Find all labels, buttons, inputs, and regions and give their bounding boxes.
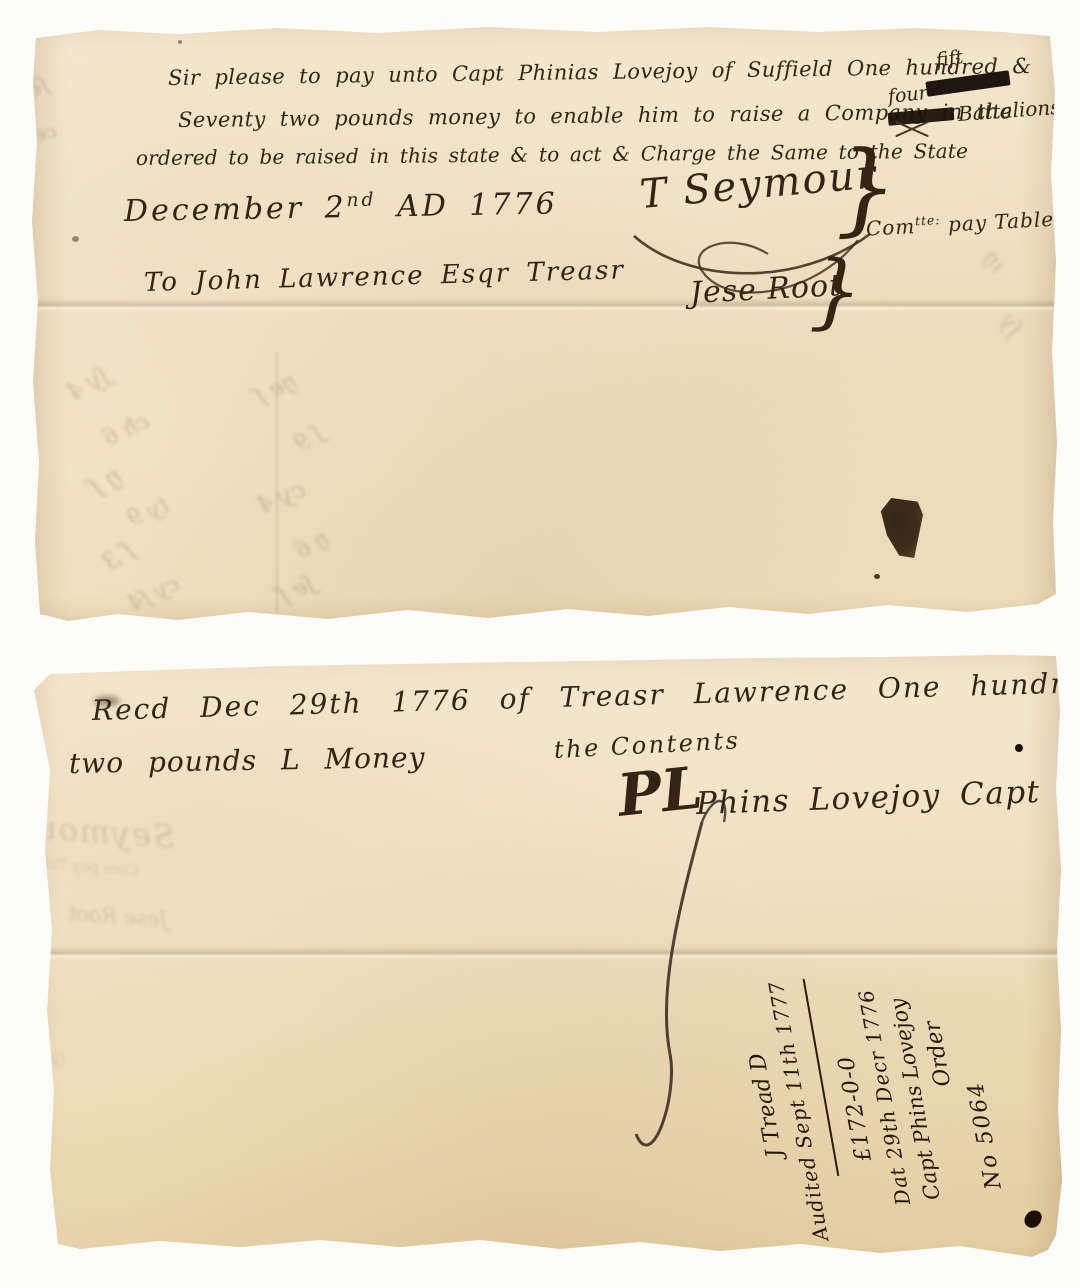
bleedthrough-figure: cy 4 xyxy=(252,475,309,520)
date-text: December 2 xyxy=(124,190,347,229)
bleedthrough-mark: ſen xyxy=(11,73,52,108)
bleedthrough-figure: ʃe ſ xyxy=(274,571,317,609)
bleedthrough-root: Jese Root xyxy=(67,901,169,932)
docket-block: J Tread D Audited Sept 11th 1777 £172-0-… xyxy=(725,916,1015,1253)
committee-superscript: tte: xyxy=(915,212,941,228)
receipt-body-line-1: Recd Dec 29th 1776 of Treasr Lawrence On… xyxy=(92,662,1080,727)
scan-background: ſen ceer ıŋ ſy ʃy 4 cħ 6 ŋ ſ ty 9 ſ 3 cy… xyxy=(0,0,1080,1288)
bleedthrough-seymour: Seymour xyxy=(16,807,177,856)
ink-blob xyxy=(1022,1208,1043,1230)
order-addressee-line: To John Lawrence Esqr Treasr xyxy=(144,255,626,298)
bleedthrough-figure: ſ 3 xyxy=(98,536,140,577)
bleedthrough-figure: ŋ ſ xyxy=(84,460,127,502)
bleedthrough-committee: Com pay Table xyxy=(25,852,139,880)
paper-speck xyxy=(178,40,182,44)
committee-text: Com xyxy=(865,214,916,241)
receipt-body-line-2: ty two pounds L Money xyxy=(16,741,426,781)
date-year: AD 1776 xyxy=(376,186,558,224)
bleedthrough-figure: ŋ 6 xyxy=(291,525,334,564)
bleedthrough-figure: cy ſ4 xyxy=(124,571,183,617)
bleedthrough-mark: ıŋ xyxy=(978,246,1011,278)
bleedthrough-figure: ʃ 9 xyxy=(290,422,326,457)
pay-order-document: ſen ceer ıŋ ſy ʃy 4 cħ 6 ŋ ſ ty 9 ſ 3 cy… xyxy=(28,22,1060,638)
ink-smudge xyxy=(94,696,120,706)
order-struck-word: fift xyxy=(934,46,964,72)
bleedthrough-figure: ty 9 xyxy=(124,493,173,532)
ink-dot xyxy=(874,574,880,579)
ink-dot xyxy=(1015,744,1023,752)
bleedthrough-mark: ſy xyxy=(995,310,1027,340)
receipt-document: Seymour Com pay Table Jese Root ıy Recd … xyxy=(20,650,1064,1288)
bleedthrough-figure: cħ 6 xyxy=(100,409,154,451)
bleedthrough-mark: ıy xyxy=(47,1045,68,1069)
committee-text-rest: pay Table xyxy=(940,207,1055,237)
lovejoy-signature: Phins Lovejoy Capt xyxy=(695,774,1041,822)
date-ordinal: nd xyxy=(346,190,376,212)
ink-blot xyxy=(879,498,923,558)
lovejoy-monogram: PL xyxy=(614,753,705,829)
monogram-flourish xyxy=(606,782,736,1192)
order-date-line: December 2nd AD 1776 xyxy=(124,186,558,229)
bleedthrough-mark: ceer xyxy=(10,118,58,151)
paper-speck xyxy=(72,236,79,242)
bleedthrough-figure: ʃy 4 xyxy=(61,362,112,407)
fold-crease xyxy=(28,298,1060,312)
